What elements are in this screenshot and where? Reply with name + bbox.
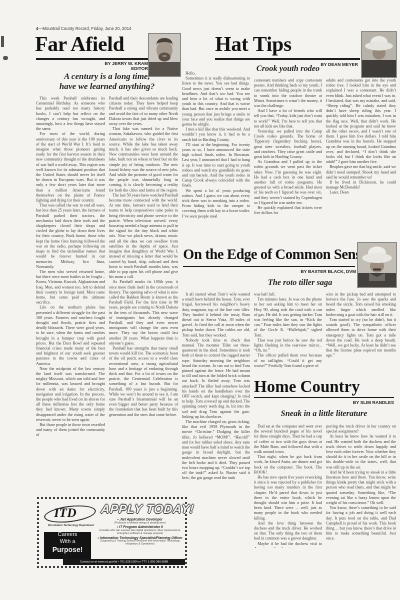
subhead-common-sense: The roto tiller saga: [230, 278, 370, 287]
hat-tips-column-2: contestant numbers and copy contestant p…: [254, 78, 322, 251]
headline-rule: [183, 266, 355, 267]
subhead-far-afield: A century is a long time, have we learne…: [36, 72, 178, 92]
folio-text: —Mountrail County Record, Friday, June 2…: [38, 26, 131, 31]
common-sense-column-1: It all started when Tom’s wife wanted a …: [182, 292, 250, 562]
subhead-home-country: Sneak in a little literature: [254, 409, 394, 418]
article-title-common-sense: On the Edge of Common Sense: [183, 247, 367, 263]
headline-rule: [36, 58, 148, 60]
ad-tagline-box: Careers With a Purpose!: [44, 532, 91, 559]
itd-job-ad: ITD Information Technology Department AP…: [37, 497, 187, 568]
home-country-column-1: Dud sat at the computer and went over th…: [254, 424, 322, 548]
ad-headline: APPLY TODAY!: [101, 502, 195, 516]
article-title-hat-tips: Hat Tips: [215, 33, 291, 55]
itd-department-name: Information Technology Department: [41, 524, 101, 530]
author-photo-dean-meyer: [362, 32, 396, 77]
ad-job-list: • .Net Application Developer(Proficient …: [95, 516, 185, 574]
itd-logo: ITD: [44, 504, 100, 524]
ad-job-desc: (Supporting & Training School Personnel …: [95, 540, 185, 546]
far-afield-column-1: This week Parshall celebrates its Centen…: [36, 96, 105, 506]
headline-rule: [254, 397, 394, 398]
scan-artifact: [3, 56, 8, 60]
hat-tips-column-3: adults and contestants got into the yout…: [326, 78, 396, 251]
ad-job-desc: (A leader who can oversee help digital o…: [95, 529, 185, 535]
scan-artifact: [1, 36, 4, 47]
ad-job-desc: (Proficient in website design & developm…: [95, 522, 185, 525]
article-title-far-afield: Far Afield: [35, 33, 124, 55]
ad-contact-bar: Contact us at www.nd.gov/itd • 701.328.1…: [63, 559, 185, 565]
newspaper-page: 4—Mountrail County Record, Friday, June …: [0, 0, 400, 600]
article-title-home-country: Home Country: [254, 377, 360, 397]
subhead-hat-tips: Crook youth rodeo: [250, 64, 326, 73]
far-afield-column-2: Parshall and their descendants are leadi…: [109, 96, 178, 506]
author-photo-jerry-kram: [149, 34, 180, 76]
hat-tips-column-1: Hello,Sometimes it is really dishearteni…: [182, 71, 250, 251]
headline-rule: [215, 58, 360, 60]
common-sense-column-3: wire in the pickup bed and attempted to …: [326, 292, 396, 376]
home-country-column-2: porting the truck driver in her country …: [326, 424, 396, 548]
itd-logo-text: ITD: [54, 505, 76, 521]
common-sense-column-2: was half full.Ten minutes later, Jo was …: [254, 292, 322, 376]
